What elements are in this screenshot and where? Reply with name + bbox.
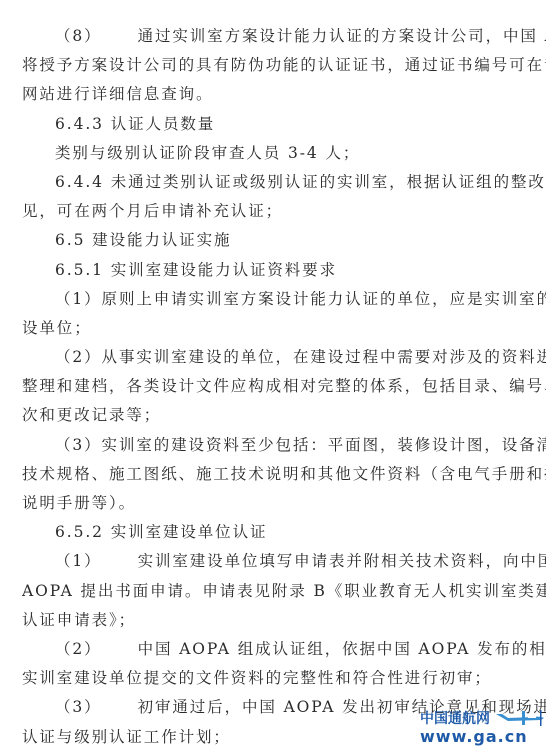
text-line: 类别与级别认证阶段审查人员 3-4 人； <box>22 139 524 168</box>
item-label: （2） <box>55 640 102 658</box>
para-item-8: （8）通过实训室方案设计能力认证的方案设计公司，中国 AOPA <box>22 22 524 51</box>
step-item-2: （2）中国 AOPA 组成认证组，依据中国 AOPA 发布的相关标准，对 <box>22 635 524 664</box>
section-heading-6-4-3: 6.4.3 认证人员数量 <box>22 110 524 139</box>
section-heading-6-4-4: 6.4.4 未通过类别认证或级别认证的实训室，根据认证组的整改意 <box>22 168 524 197</box>
text-line: 见，可在两个月后申请补充认证； <box>22 197 524 226</box>
text-line: 技术规格、施工图纸、施工技术说明和其他文件资料（含电气手册和技术 <box>22 460 524 489</box>
text-line: 次和更改记录等； <box>22 401 524 430</box>
watermark-url: www.ga.cn <box>420 727 528 746</box>
text-line: 说明手册等）。 <box>22 489 524 518</box>
section-heading-6-5-1: 6.5.1 实训室建设能力认证资料要求 <box>22 256 524 285</box>
watermark-name: 中国通航网 <box>420 708 490 728</box>
section-heading-6-5-2: 6.5.2 实训室建设单位认证 <box>22 518 524 547</box>
text-line: 整理和建档，各类设计文件应构成相对完整的体系，包括目录、编号、版 <box>22 372 524 401</box>
text-line: 将授予方案设计公司的具有防伪功能的认证证书，通过证书编号可在专用 <box>22 51 524 80</box>
text: 中国 AOPA 组成认证组，依据中国 AOPA 发布的相关标准，对 <box>138 640 546 658</box>
text-line: 认证申请表》； <box>22 606 524 635</box>
list-item-1: （1）原则上申请实训室方案设计能力认证的单位，应是实训室的建 <box>22 285 524 314</box>
item-label: （3） <box>55 698 102 716</box>
item-label: （8） <box>55 27 102 45</box>
item-label: （1） <box>55 552 102 570</box>
step-item-1: （1）实训室建设单位填写申请表并附相关技术资料，向中国 <box>22 547 524 576</box>
list-item-2: （2）从事实训室建设的单位，在建设过程中需要对涉及的资料进行 <box>22 343 524 372</box>
section-heading-6-5: 6.5 建设能力认证实施 <box>22 226 524 255</box>
text-line: 网站进行详细信息查询。 <box>22 80 524 109</box>
text: 通过实训室方案设计能力认证的方案设计公司，中国 AOPA <box>138 27 546 45</box>
text-line: 设单位； <box>22 314 524 343</box>
list-item-3: （3）实训室的建设资料至少包括：平面图，装修设计图，设备清单， <box>22 431 524 460</box>
text: 实训室建设单位填写申请表并附相关技术资料，向中国 <box>138 552 546 570</box>
watermark-logo: 中国通航网 www.ga.cn <box>420 708 544 748</box>
text-line: AOPA 提出书面申请。申请表见附录 B《职业教育无人机实训室类建设能力 <box>22 577 524 606</box>
document-page: （8）通过实训室方案设计能力认证的方案设计公司，中国 AOPA 将授予方案设计公… <box>22 22 524 752</box>
text-line: 实训室建设单位提交的文件资料的完整性和符合性进行初审； <box>22 664 524 693</box>
